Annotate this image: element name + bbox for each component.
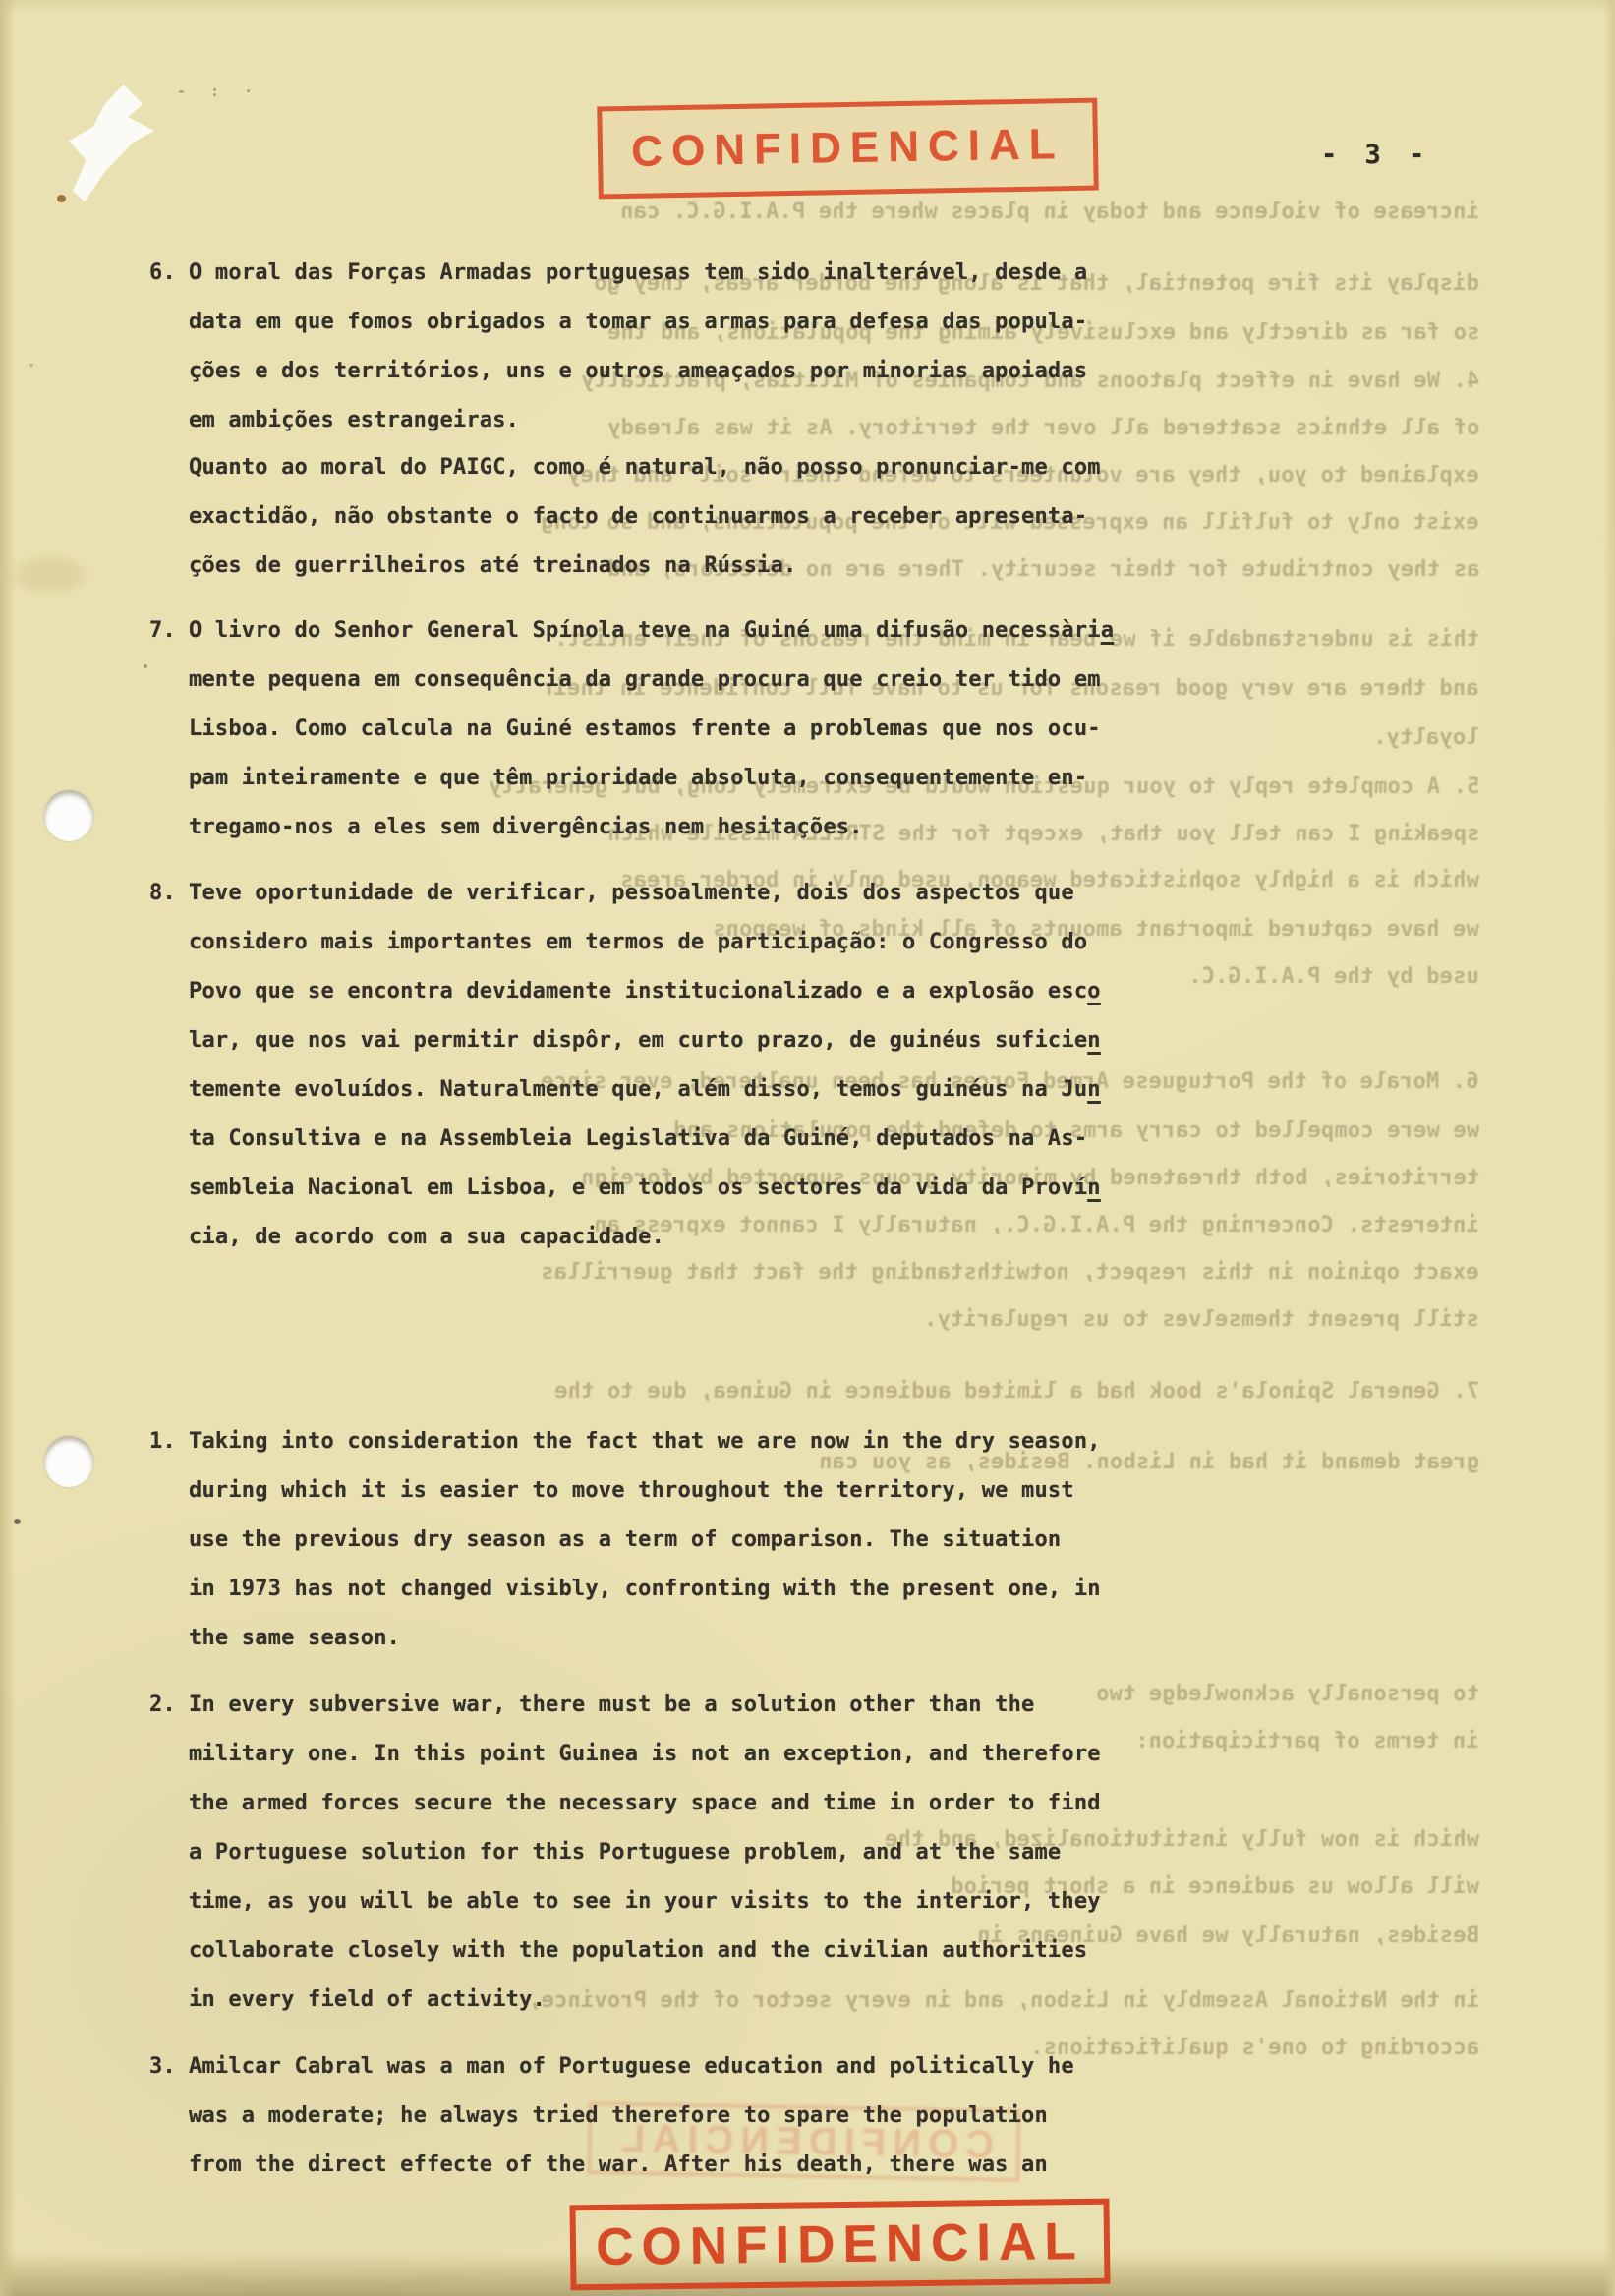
paragraph-number: 3. — [149, 2042, 176, 2092]
text-line: during which it is easier to move throug… — [189, 1466, 1101, 1516]
text-line: in 1973 has not changed visibly, confron… — [189, 1565, 1101, 1614]
paragraph: 2.In every subversive war, there must be… — [149, 1681, 1101, 2025]
text-line: Quanto ao moral do PAIGC, como é natural… — [189, 443, 1101, 492]
paragraph-number: 8. — [149, 869, 176, 918]
underlined-char: n — [1087, 1176, 1100, 1200]
text-line: ções e dos territórios, uns e outros ame… — [189, 347, 1087, 396]
text-line: temente evoluídos. Naturalmente que, alé… — [189, 1065, 1101, 1115]
text-line: cia, de acordo com a sua capacidade. — [189, 1213, 1101, 1262]
underlined-char: n — [1087, 1077, 1100, 1102]
document-page: increase of violence and today in places… — [0, 0, 1615, 2296]
text-line: pam inteiramente e que têm prioridade ab… — [189, 754, 1114, 803]
text-line: a Portuguese solution for this Portugues… — [189, 1828, 1101, 1877]
text-line: considero mais importantes em termos de … — [189, 918, 1101, 967]
bleedthrough-line: to personally acknowledge two — [1096, 1670, 1479, 1719]
text-line: lar, que nos vai permitir dispôr, em cur… — [189, 1016, 1101, 1065]
paragraph: 3.Amilcar Cabral was a man of Portuguese… — [149, 2042, 1074, 2190]
text-line: in every field of activity. — [189, 1976, 1101, 2025]
text-line: Teve oportunidade de verificar, pessoalm… — [189, 869, 1101, 918]
text-line: mente pequena em consequência da grande … — [189, 656, 1114, 705]
ink-speck — [29, 364, 33, 367]
bleedthrough-line: according to one's qualifications. — [1030, 2024, 1479, 2073]
pencil-marks: - : · — [177, 83, 260, 100]
punch-hole — [44, 790, 93, 841]
text-line: ta Consultiva e na Assembleia Legislativ… — [189, 1115, 1101, 1164]
text-line: sembleia Nacional em Lisboa, e em todos … — [189, 1164, 1101, 1213]
ink-speck — [14, 1519, 21, 1524]
bleedthrough-line: 7. General Spinola's book had a limited … — [554, 1367, 1479, 1416]
text-line: O moral das Forças Armadas portuguesas t… — [189, 249, 1087, 298]
text-line: ções de guerrilheiros até treinados na R… — [189, 542, 1101, 591]
text-line: military one. In this point Guinea is no… — [189, 1730, 1101, 1779]
text-line: Povo que se encontra devidamente institu… — [189, 967, 1101, 1016]
text-line: the armed forces secure the necessary sp… — [189, 1779, 1101, 1828]
text-line: the same season. — [189, 1614, 1101, 1663]
bleedthrough-line: in terms of participation: — [1135, 1717, 1479, 1766]
text-line: O livro do Senhor General Spínola teve n… — [189, 606, 1114, 656]
text-line: In every subversive war, there must be a… — [189, 1681, 1101, 1730]
paragraph: Quanto ao moral do PAIGC, como é natural… — [149, 443, 1101, 591]
text-line: em ambições estrangeiras. — [189, 396, 1087, 445]
underlined-char: o — [1087, 979, 1100, 1004]
paragraph: 1.Taking into consideration the fact tha… — [149, 1417, 1101, 1663]
text-line: from the direct effecte of the war. Afte… — [189, 2141, 1074, 2190]
punch-hole — [44, 1436, 93, 1487]
text-line: data em que fomos obrigados a tomar as a… — [189, 298, 1087, 347]
underlined-char: n — [1087, 1028, 1100, 1053]
text-line: use the previous dry season as a term of… — [189, 1516, 1101, 1565]
paper-tear — [43, 76, 169, 211]
paragraph-number: 6. — [149, 249, 176, 298]
text-line: time, as you will be able to see in your… — [189, 1877, 1101, 1926]
bleedthrough-line: still present themselves to us regularit… — [924, 1295, 1479, 1345]
paragraph-number: 1. — [149, 1417, 176, 1466]
confidential-stamp-bottom: CONFIDENCIAL — [569, 2199, 1110, 2291]
paragraph: 6.O moral das Forças Armadas portuguesas… — [149, 249, 1087, 445]
paper-tear-speck — [57, 195, 66, 202]
paper-stain — [16, 558, 85, 592]
text-line: Amilcar Cabral was a man of Portuguese e… — [189, 2042, 1074, 2092]
bleedthrough-line: used by the P.A.I.G.C. — [1188, 952, 1479, 1002]
underlined-char: a — [1101, 618, 1114, 643]
text-line: Lisboa. Como calcula na Guiné estamos fr… — [189, 705, 1114, 754]
text-line: tregamo-nos a eles sem divergências nem … — [189, 803, 1114, 852]
paragraph: 7.O livro do Senhor General Spínola teve… — [149, 606, 1114, 852]
paragraph-number: 2. — [149, 1681, 176, 1730]
text-line: exactidão, não obstante o facto de conti… — [189, 492, 1101, 542]
page-number: - 3 - — [1321, 140, 1430, 170]
paragraph: 8.Teve oportunidade de verificar, pessoa… — [149, 869, 1101, 1262]
ink-speck — [144, 664, 147, 668]
paragraph-number: 7. — [149, 606, 176, 656]
bleedthrough-line: loyalty. — [1373, 714, 1479, 763]
text-line: Taking into consideration the fact that … — [189, 1417, 1101, 1466]
text-line: collaborate closely with the population … — [189, 1926, 1101, 1976]
text-line: was a moderate; he always tried therefor… — [189, 2092, 1074, 2141]
confidential-stamp-top: CONFIDENCIAL — [597, 98, 1099, 200]
